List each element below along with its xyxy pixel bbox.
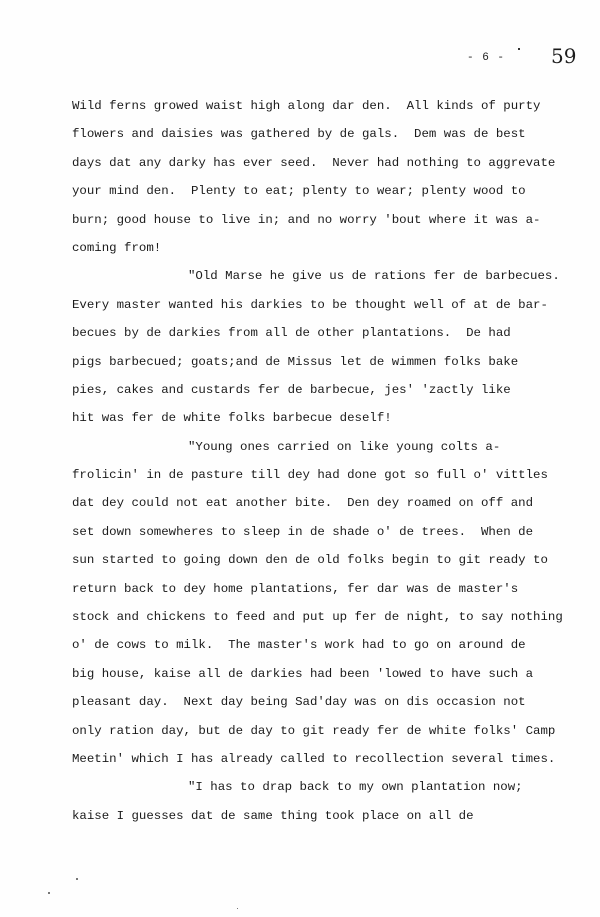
- typed-body-text: Wild ferns growed waist high along dar d…: [72, 92, 562, 830]
- text-line: hit was fer de white folks barbecue dese…: [72, 404, 562, 432]
- text-line: days dat any darky has ever seed. Never …: [72, 149, 562, 177]
- paragraph-first-line: "Old Marse he give us de rations fer de …: [72, 262, 562, 290]
- folio-number: 59: [551, 44, 576, 68]
- text-line: Every master wanted his darkies to be th…: [72, 291, 562, 319]
- text-line: o' de cows to milk. The master's work ha…: [72, 631, 562, 659]
- text-line: your mind den. Plenty to eat; plenty to …: [72, 177, 562, 205]
- text-line: pleasant day. Next day being Sad'day was…: [72, 688, 562, 716]
- text-line: becues by de darkies from all de other p…: [72, 319, 562, 347]
- text-line: pies, cakes and custards fer de barbecue…: [72, 376, 562, 404]
- text-line: set down somewheres to sleep in de shade…: [72, 518, 562, 546]
- paragraph-first-line: "I has to drap back to my own plantation…: [72, 773, 562, 801]
- text-line: kaise I guesses dat de same thing took p…: [72, 802, 562, 830]
- text-line: Wild ferns growed waist high along dar d…: [72, 92, 562, 120]
- page-header: - 6 - 59: [0, 44, 600, 74]
- ink-speck: [518, 48, 520, 50]
- text-line: dat dey could not eat another bite. Den …: [72, 489, 562, 517]
- text-line: sun started to going down den de old fol…: [72, 546, 562, 574]
- text-line: pigs barbecued; goats;and de Missus let …: [72, 348, 562, 376]
- ink-speck: [76, 878, 78, 880]
- text-line: flowers and daisies was gathered by de g…: [72, 120, 562, 148]
- page-marker: - 6 -: [467, 52, 505, 64]
- ink-speck: [48, 892, 50, 894]
- paragraph-first-line: "Young ones carried on like young colts …: [72, 433, 562, 461]
- ink-speck: [237, 908, 238, 909]
- text-line: return back to dey home plantations, fer…: [72, 575, 562, 603]
- text-line: coming from!: [72, 234, 562, 262]
- text-line: Meetin' which I has already called to re…: [72, 745, 562, 773]
- text-line: only ration day, but de day to git ready…: [72, 717, 562, 745]
- text-line: frolicin' in de pasture till dey had don…: [72, 461, 562, 489]
- text-line: stock and chickens to feed and put up fe…: [72, 603, 562, 631]
- text-line: big house, kaise all de darkies had been…: [72, 660, 562, 688]
- text-line: burn; good house to live in; and no worr…: [72, 206, 562, 234]
- document-page: - 6 - 59 Wild ferns growed waist high al…: [0, 0, 600, 917]
